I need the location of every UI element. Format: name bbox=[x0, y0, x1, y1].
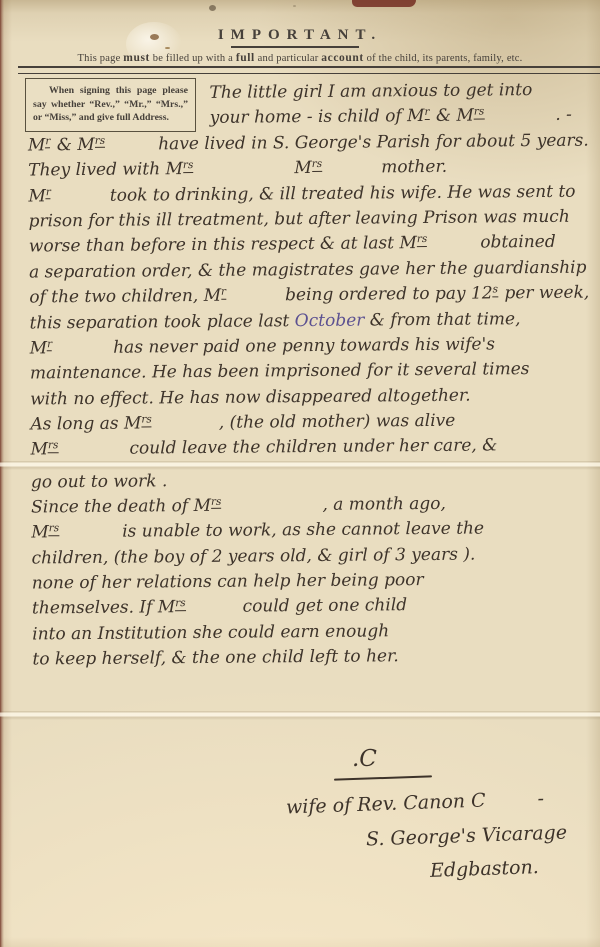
redaction-gap bbox=[60, 536, 122, 538]
handwriting-text: M bbox=[31, 440, 49, 460]
redaction-gap bbox=[187, 611, 243, 612]
fold-crease-lower bbox=[0, 711, 600, 720]
handwriting-text: a separation order, & the magistrates ga… bbox=[29, 257, 587, 282]
handwriting-text: r bbox=[45, 136, 50, 149]
redaction-gap bbox=[153, 427, 219, 429]
handwriting-text: account bbox=[321, 52, 364, 64]
redaction-gap bbox=[485, 119, 555, 121]
handwriting-text: .C bbox=[352, 746, 377, 772]
redaction-gap bbox=[194, 172, 294, 174]
handwriting-text: worse than before in this respect & at l… bbox=[29, 233, 417, 256]
page-subtitle: This page must be filled up with a full … bbox=[20, 52, 580, 64]
page-left-edge bbox=[0, 0, 4, 947]
redaction-gap bbox=[428, 247, 480, 248]
handwriting-text: M bbox=[294, 158, 312, 178]
handwriting-text: . - bbox=[555, 105, 572, 125]
handwriting-text: rs bbox=[417, 234, 428, 247]
handwriting-text: being ordered to pay 12 bbox=[285, 284, 493, 306]
handwriting-text: r bbox=[221, 287, 226, 300]
handwriting-text: r bbox=[424, 107, 429, 120]
handwriting-text: - bbox=[537, 788, 544, 810]
handwriting-text: M bbox=[30, 338, 48, 358]
letter-line: to keep herself, & the one child left to… bbox=[32, 645, 594, 675]
handwriting-text: your home - is child of M bbox=[210, 106, 425, 128]
handwriting-text: rs bbox=[48, 441, 59, 454]
handwriting-text: to keep herself, & the one child left to… bbox=[32, 646, 398, 669]
handwriting-text: is unable to work, as she cannot leave t… bbox=[122, 519, 484, 542]
redaction-gap bbox=[60, 453, 130, 455]
handwriting-text: rs bbox=[312, 159, 323, 172]
handwriting-text: rs bbox=[95, 136, 106, 149]
handwriting-text: , a month ago, bbox=[322, 494, 446, 515]
handwriting-text: As long as M bbox=[30, 414, 141, 435]
handwriting-text: S. George's Vicarage bbox=[366, 821, 568, 850]
redaction-gap bbox=[222, 509, 322, 511]
title-underline bbox=[231, 46, 359, 48]
handwriting-text: Since the death of M bbox=[31, 496, 211, 518]
handwriting-text: & M bbox=[51, 135, 95, 155]
redaction-gap bbox=[323, 172, 381, 174]
signature-identity: wife of Rev. Canon C- bbox=[286, 788, 545, 819]
handwritten-letter-body: The little girl I am anxious to get into… bbox=[27, 80, 594, 675]
redaction-gap bbox=[52, 199, 110, 201]
handwriting-text: took to drinking, & ill treated his wife… bbox=[110, 181, 576, 205]
redaction-gap bbox=[53, 352, 113, 354]
handwriting-text: of the two children, M bbox=[29, 286, 221, 308]
redaction-gap bbox=[106, 148, 158, 149]
redaction-gap bbox=[227, 299, 285, 301]
handwriting-text: per week, bbox=[499, 283, 589, 304]
handwriting-text: be filled up with a bbox=[150, 53, 236, 64]
handwriting-text: this separation took place last bbox=[29, 311, 294, 333]
handwriting-text: The little girl I am anxious to get into bbox=[209, 80, 532, 103]
handwriting-text: with no effect. He has now disappeared a… bbox=[30, 385, 471, 409]
handwriting-text: & M bbox=[430, 106, 474, 126]
handwriting-text: M bbox=[31, 523, 49, 543]
letter-line: Mrscould leave the children under her ca… bbox=[31, 435, 593, 465]
handwriting-text: rs bbox=[211, 497, 222, 510]
handwriting-text-accent: October bbox=[295, 310, 365, 331]
handwriting-text: rs bbox=[175, 599, 186, 612]
handwriting-text: have lived in S. George's Parish for abo… bbox=[158, 130, 589, 154]
handwriting-text: full bbox=[236, 52, 255, 64]
handwriting-text: , (the old mother) was alive bbox=[219, 411, 456, 433]
handwriting-text: has never paid one penny towards his wif… bbox=[113, 334, 495, 357]
handwriting-text: s bbox=[493, 284, 498, 297]
handwriting-text: mother. bbox=[381, 157, 447, 178]
handwriting-text: rs bbox=[141, 414, 152, 427]
handwriting-text: none of her relations can help her being… bbox=[32, 570, 424, 593]
handwriting-text: could get one child bbox=[243, 596, 408, 617]
handwriting-text: rs bbox=[474, 107, 485, 120]
handwriting-text: Edgbaston. bbox=[430, 856, 539, 882]
handwriting-text: This page bbox=[78, 53, 124, 64]
scanned-letter-page: IMPORTANT. This page must be filled up w… bbox=[0, 0, 600, 947]
handwriting-text: children, (the boy of 2 years old, & gir… bbox=[31, 544, 475, 568]
handwriting-text: obtained bbox=[480, 232, 556, 253]
handwriting-text: rs bbox=[183, 160, 194, 173]
handwriting-text: They lived with M bbox=[28, 159, 183, 180]
signature-address-line2: Edgbaston. bbox=[430, 856, 539, 882]
handwriting-text: into an Institution she could earn enoug… bbox=[32, 621, 389, 644]
handwriting-text: M bbox=[28, 186, 46, 206]
ink-blotch bbox=[352, 0, 416, 7]
handwriting-text: & from that time, bbox=[364, 309, 520, 330]
redaction-gap bbox=[486, 804, 538, 807]
page-title: IMPORTANT. bbox=[0, 27, 600, 44]
handwriting-text: r bbox=[46, 187, 51, 200]
handwriting-text: must bbox=[123, 52, 150, 64]
handwriting-text: go out to work . bbox=[31, 471, 168, 492]
handwriting-text: could leave the children under her care,… bbox=[129, 436, 497, 459]
signature-underline bbox=[334, 775, 432, 780]
handwriting-text: rs bbox=[49, 523, 60, 536]
handwriting-text: and particular bbox=[255, 53, 321, 64]
handwriting-text: prison for this ill treatment, but after… bbox=[29, 207, 570, 232]
handwriting-text: maintenance. He has been imprisoned for … bbox=[30, 359, 530, 383]
paper-speck bbox=[209, 5, 216, 11]
signature-address-line1: S. George's Vicarage bbox=[366, 821, 568, 850]
handwriting-text: wife of Rev. Canon C bbox=[286, 790, 486, 819]
handwriting-text: r bbox=[47, 339, 52, 352]
handwriting-text: M bbox=[28, 135, 46, 155]
horizontal-rule bbox=[18, 66, 600, 74]
signature-initial: .C bbox=[352, 746, 377, 772]
handwriting-text: themselves. If M bbox=[32, 598, 175, 619]
handwriting-text: of the child, its parents, family, etc. bbox=[364, 53, 523, 64]
